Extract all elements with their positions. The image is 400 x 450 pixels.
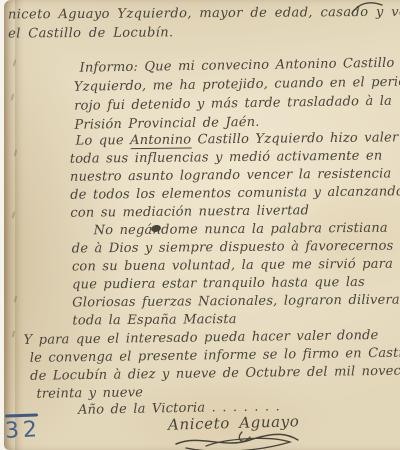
underlined-name: Antonino — [130, 132, 191, 149]
margin-annotation: 32 — [5, 414, 41, 443]
handwritten-line: Gloriosas fuerzas Nacionales, lograron d… — [72, 292, 400, 313]
line-suffix: Castillo Yzquierdo hizo valer — [191, 130, 398, 147]
paragraph-no-negandome: No negándome nunca la palabra cristiana … — [72, 220, 400, 331]
scanned-document: niceto Aguayo Yzquierdo, mayor de edad, … — [0, 0, 400, 450]
opening-statement: niceto Aguayo Yzquierdo, mayor de edad, … — [8, 3, 400, 44]
handwritten-line: el Castillo de Locubín. — [8, 22, 400, 44]
paragraph-lo-que: Lo que Antonino Castillo Yzquierdo hizo … — [70, 129, 400, 222]
signature-flourish — [172, 431, 302, 450]
handwritten-line: de todos los elementos comunista y alcan… — [70, 183, 400, 204]
paragraph-cierre: Y para que el interesado pueda hacer val… — [24, 326, 400, 404]
line-prefix: Lo que — [76, 133, 131, 149]
handwritten-line: niceto Aguayo Yzquierdo, mayor de edad, … — [8, 3, 400, 25]
annotation-number: 32 — [4, 418, 41, 444]
paragraph-informe: Informo: Que mi convecino Antonino Casti… — [73, 53, 400, 134]
